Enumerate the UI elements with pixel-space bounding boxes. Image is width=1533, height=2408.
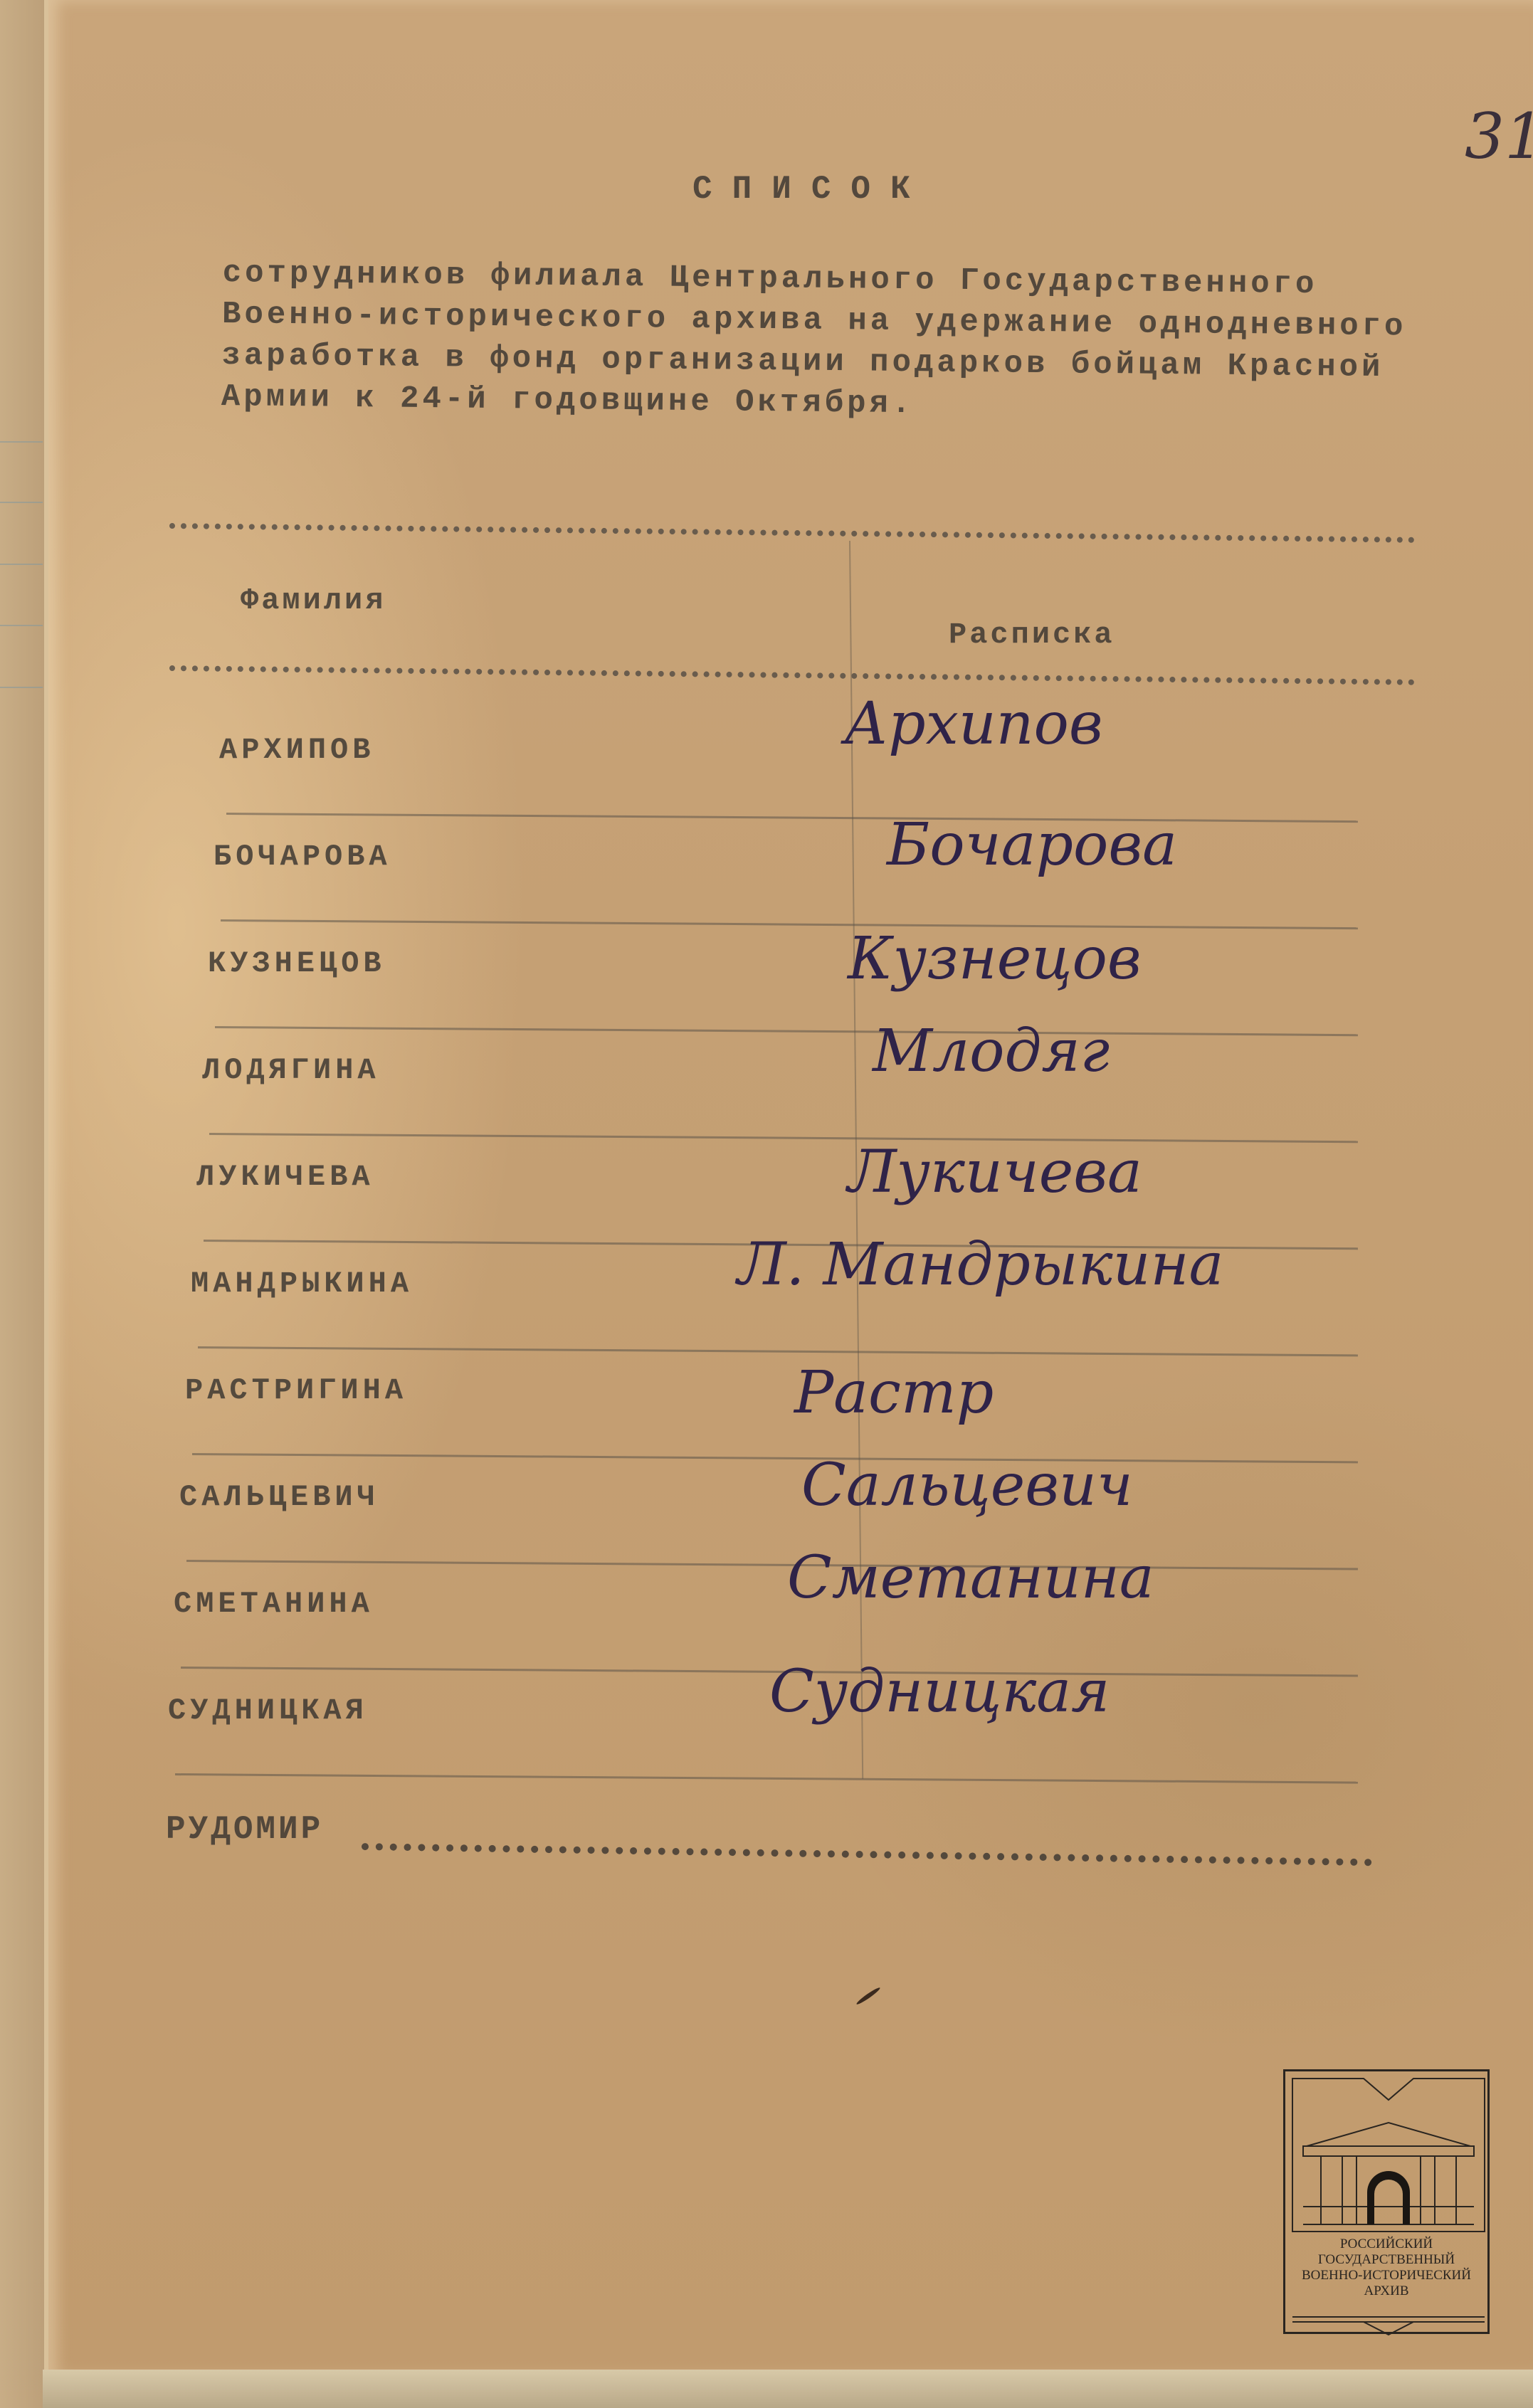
surname-cell: РАСТРИГИНА <box>185 1373 407 1408</box>
signature-cell: Бочарова <box>887 811 1177 879</box>
stamp-caption: РОССИЙСКИЙ ГОСУДАРСТВЕННЫЙ ВОЕННО-ИСТОРИ… <box>1285 2237 1487 2299</box>
row-rule <box>175 1773 1358 1784</box>
ruled-line <box>0 687 43 688</box>
folio-number: 31- <box>1465 100 1533 173</box>
surname-cell: СУДНИЦКАЯ <box>168 1694 368 1728</box>
signature-cell: Сальцевич <box>801 1452 1133 1519</box>
surname-cell: АРХИПОВ <box>219 733 374 767</box>
table-header-rule <box>169 665 1415 685</box>
document-intro: сотрудников филиала Центрального Государ… <box>221 253 1447 431</box>
row-rule <box>221 919 1358 929</box>
column-header-receipt: Расписка <box>949 618 1115 652</box>
document-title: СПИСОК <box>692 171 930 208</box>
surname-cell: ЛУКИЧЕВА <box>196 1160 374 1194</box>
page-stack-edge <box>43 2370 1533 2408</box>
dotted-leader <box>362 1843 1372 1866</box>
ruled-line <box>0 625 43 626</box>
table-top-rule <box>169 523 1415 543</box>
signature-cell: Кузнецов <box>848 925 1142 993</box>
ruled-line <box>0 502 43 503</box>
document-page: 31- СПИСОК сотрудников филиала Центральн… <box>44 0 1533 2377</box>
row-rule <box>215 1026 1358 1036</box>
surname-cell: ЛОДЯГИНА <box>202 1053 380 1087</box>
signature-cell: Судницкая <box>769 1658 1110 1726</box>
surname-cell: МАНДРЫКИНА <box>191 1267 413 1301</box>
signature-cell: Лукичева <box>848 1139 1142 1206</box>
signature-cell: Растр <box>794 1359 994 1427</box>
signature-cell: Млодяг <box>873 1018 1110 1085</box>
row-rule <box>226 813 1358 823</box>
signature-cell: Сметанина <box>787 1544 1154 1612</box>
ruled-line <box>0 441 43 443</box>
archive-stamp: РОССИЙСКИЙ ГОСУДАРСТВЕННЫЙ ВОЕННО-ИСТОРИ… <box>1283 2069 1490 2334</box>
paper-blemish <box>855 1986 881 2006</box>
row-rule <box>186 1560 1358 1570</box>
signature-cell: Л. Мандрыкина <box>737 1231 1223 1299</box>
row-rule <box>209 1133 1358 1143</box>
surname-cell: СМЕТАНИНА <box>174 1587 374 1621</box>
ruled-line <box>0 564 43 565</box>
surname-cell: БОЧАРОВА <box>214 840 391 874</box>
surname-cell: КУЗНЕЦОВ <box>208 946 386 981</box>
surname-cell: САЛЬЦЕВИЧ <box>179 1480 379 1514</box>
row-rule <box>198 1346 1358 1356</box>
unsigned-entry: РУДОМИР <box>166 1811 323 1848</box>
row-rule <box>192 1453 1358 1463</box>
signature-cell: Архипов <box>844 690 1103 758</box>
column-header-surname: Фамилия <box>241 583 386 618</box>
